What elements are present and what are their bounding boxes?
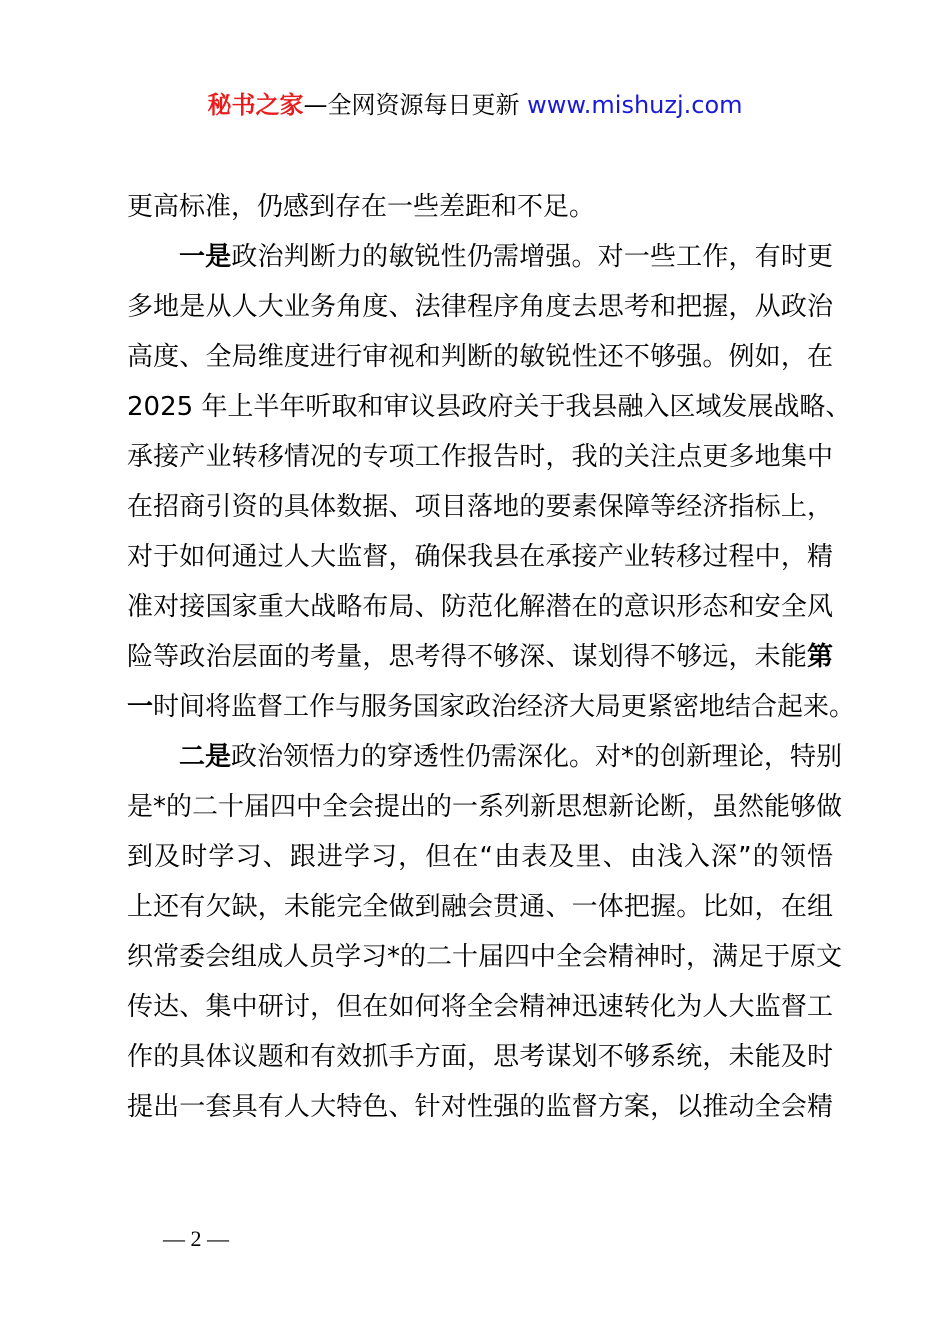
site-banner: 秘书之家—全网资源每日更新 www.mishuzj.com	[0, 88, 950, 122]
line-text: 时间将监督工作与服务国家政治经济大局更紧密地结合起来。	[153, 692, 855, 722]
text-line: 在招商引资的具体数据、项目落地的要素保障等经济指标上，	[127, 482, 833, 532]
line-text: 险等政治层面的考量，思考得不够深、谋划得不够远，未能	[127, 642, 807, 672]
text-line: 对于如何通过人大监督，确保我县在承接产业转移过程中，精	[127, 532, 833, 582]
text-line: 准对接国家重大战略布局、防范化解潜在的意识形态和安全风	[127, 582, 833, 632]
line-text: 政治领悟力的穿透性仍需深化。对*的创新理论，特别	[231, 742, 842, 772]
text-line: 一是政治判断力的敏锐性仍需增强。对一些工作，有时更	[127, 232, 833, 282]
paragraph-political-judgment: 一是政治判断力的敏锐性仍需增强。对一些工作，有时更 多地是从人大业务角度、法律程…	[127, 232, 833, 732]
bold-char: 第	[807, 642, 833, 672]
text-line: 二是政治领悟力的穿透性仍需深化。对*的创新理论，特别	[127, 732, 833, 782]
bold-char: 一	[127, 692, 153, 722]
paragraph-continuation: 更高标准，仍感到存在一些差距和不足。	[127, 182, 833, 232]
text-line: 高度、全局维度进行审视和判断的敏锐性还不够强。例如，在	[127, 332, 833, 382]
site-url-link[interactable]: www.mishuzj.com	[527, 91, 742, 119]
text-line: 到及时学习、跟进学习，但在“由表及里、由浅入深”的领悟	[127, 832, 833, 882]
line-text: 政治判断力的敏锐性仍需增强。对一些工作，有时更	[231, 242, 833, 272]
text-line: 2025 年上半年听取和审议县政府关于我县融入区域发展战略、	[127, 382, 833, 432]
text-line: 险等政治层面的考量，思考得不够深、谋划得不够远，未能第	[127, 632, 833, 682]
document-body: 更高标准，仍感到存在一些差距和不足。 一是政治判断力的敏锐性仍需增强。对一些工作…	[127, 182, 833, 1132]
brand-name: 秘书之家	[207, 91, 303, 119]
text-line: 是*的二十届四中全会提出的一系列新思想新论断，虽然能够做	[127, 782, 833, 832]
text-line: 多地是从人大业务角度、法律程序角度去思考和把握，从政治	[127, 282, 833, 332]
text-line: 上还有欠缺，未能完全做到融会贯通、一体把握。比如，在组	[127, 882, 833, 932]
text-line: 作的具体议题和有效抓手方面，思考谋划不够系统，未能及时	[127, 1032, 833, 1082]
paragraph-political-comprehension: 二是政治领悟力的穿透性仍需深化。对*的创新理论，特别 是*的二十届四中全会提出的…	[127, 732, 833, 1132]
text-line: 传达、集中研讨，但在如何将全会精神迅速转化为人大监督工	[127, 982, 833, 1032]
page-number: — 2 —	[163, 1226, 229, 1252]
text-line: 提出一套具有人大特色、针对性强的监督方案，以推动全会精	[127, 1082, 833, 1132]
text-line: 一时间将监督工作与服务国家政治经济大局更紧密地结合起来。	[127, 682, 833, 732]
text-line: 承接产业转移情况的专项工作报告时，我的关注点更多地集中	[127, 432, 833, 482]
lead-label-bold: 一是	[179, 242, 231, 272]
text-line: 织常委会组成人员学习*的二十届四中全会精神时，满足于原文	[127, 932, 833, 982]
lead-label-bold: 二是	[179, 742, 231, 772]
text-line: 更高标准，仍感到存在一些差距和不足。	[127, 182, 833, 232]
banner-tagline: —全网资源每日更新	[303, 91, 527, 119]
